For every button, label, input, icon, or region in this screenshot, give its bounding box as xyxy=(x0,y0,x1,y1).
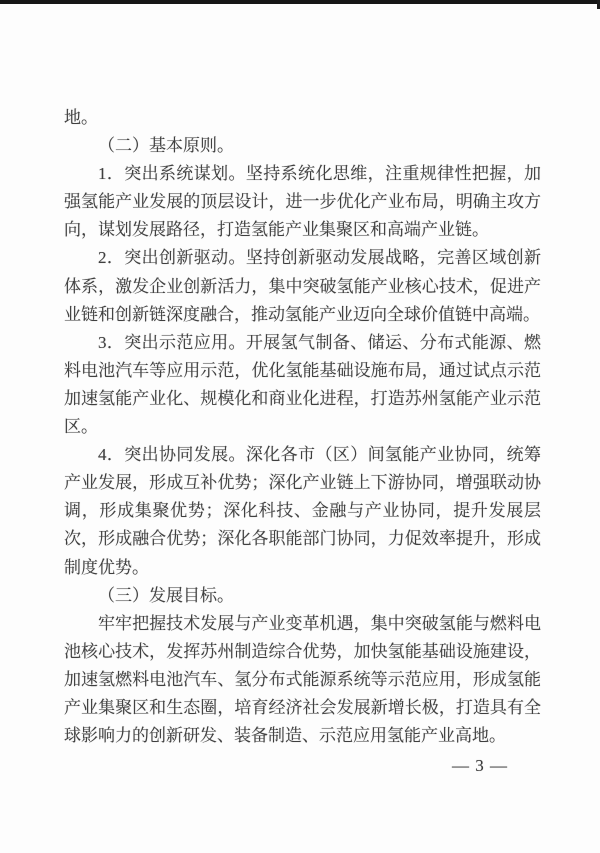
scan-top-edge-artifact xyxy=(0,0,600,4)
paragraph-item-1-system-planning: 1．突出系统谋划。坚持系统化思维，注重规律性把握，加强氢能产业发展的顶层设计，进… xyxy=(64,160,541,244)
document-body: 地。 （二）基本原则。 1．突出系统谋划。坚持系统化思维，注重规律性把握，加强氢… xyxy=(64,104,541,780)
page-number: — 3 — xyxy=(64,752,541,780)
paragraph-development-goals-body: 牢牢把握技术发展与产业变革机遇，集中突破氢能与燃料电池核心技术，发挥苏州制造综合… xyxy=(64,610,541,750)
paragraph-item-2-innovation-driven: 2．突出创新驱动。坚持创新驱动发展战略，完善区域创新体系，激发企业创新活力，集中… xyxy=(64,244,541,328)
paragraph-continuation: 地。 xyxy=(64,104,541,132)
section-heading-basic-principles: （二）基本原则。 xyxy=(64,132,541,160)
section-heading-development-goals: （三）发展目标。 xyxy=(64,582,541,610)
paragraph-item-3-demonstration-application: 3．突出示范应用。开展氢气制备、储运、分布式能源、燃料电池汽车等应用示范，优化氢… xyxy=(64,329,541,441)
paragraph-item-4-coordinated-development: 4．突出协同发展。深化各市（区）间氢能产业协同，统筹产业发展，形成互补优势；深化… xyxy=(64,441,541,581)
scanned-document-page: 地。 （二）基本原则。 1．突出系统谋划。坚持系统化思维，注重规律性把握，加强氢… xyxy=(0,0,600,853)
